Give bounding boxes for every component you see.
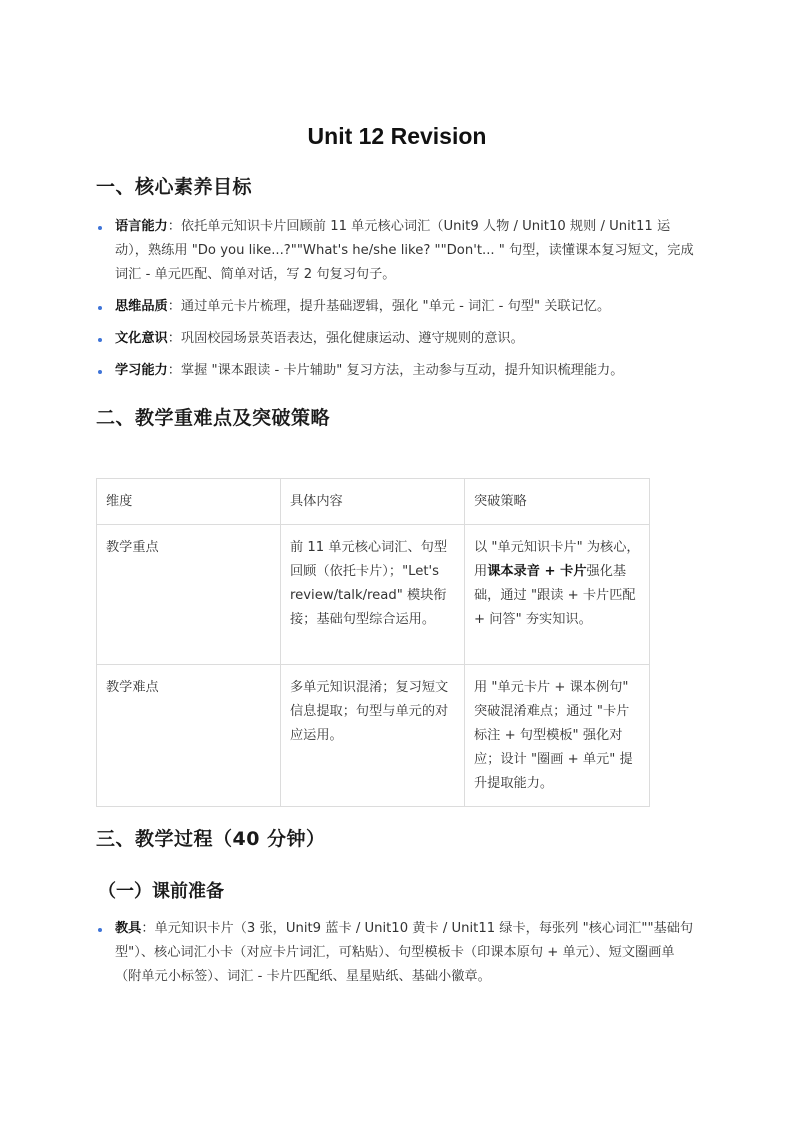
- goal-item-culture: 文化意识：巩固校园场景英语表达，强化健康运动、遵守规则的意识。: [96, 327, 696, 351]
- section-heading-process: 三、教学过程（40 分钟）: [96, 825, 326, 853]
- table-header-cell: 具体内容: [281, 479, 465, 525]
- goal-label: 学习能力: [115, 363, 168, 378]
- preparation-item-tools: 教具：单元知识卡片（3 张，Unit9 蓝卡 / Unit10 黄卡 / Uni…: [96, 917, 696, 989]
- document-title: Unit 12 Revision: [0, 120, 794, 152]
- goals-list: 语言能力：依托单元知识卡片回顾前 11 单元核心词汇（Unit9 人物 / Un…: [96, 215, 696, 391]
- bullet-icon: [98, 928, 102, 932]
- table-cell-dimension: 教学难点: [97, 665, 281, 807]
- goal-text: ：通过单元卡片梳理，提升基础逻辑，强化 "单元 - 词汇 - 句型" 关联记忆。: [168, 299, 610, 314]
- table-header-cell: 维度: [97, 479, 281, 525]
- bullet-icon: [98, 338, 102, 342]
- goal-text: ：巩固校园场景英语表达，强化健康运动、遵守规则的意识。: [168, 331, 524, 346]
- table-row: 教学难点 多单元知识混淆；复习短文信息提取；句型与单元的对应运用。 用 "单元卡…: [97, 665, 650, 807]
- goal-label: 文化意识: [115, 331, 168, 346]
- bullet-icon: [98, 370, 102, 374]
- table-cell-strategy: 用 "单元卡片 + 课本例句" 突破混淆难点；通过 "卡片标注 + 句型模板" …: [465, 665, 650, 807]
- table-cell-content: 前 11 单元核心词汇、句型回顾（依托卡片）；"Let's review/tal…: [281, 525, 465, 665]
- document-page: Unit 12 Revision 一、核心素养目标 语言能力：依托单元知识卡片回…: [0, 0, 794, 1123]
- goal-item-learning: 学习能力：掌握 "课本跟读 - 卡片辅助" 复习方法，主动参与互动，提升知识梳理…: [96, 359, 696, 383]
- preparation-list: 教具：单元知识卡片（3 张，Unit9 蓝卡 / Unit10 黄卡 / Uni…: [96, 917, 696, 997]
- bullet-icon: [98, 306, 102, 310]
- table-header-cell: 突破策略: [465, 479, 650, 525]
- subsection-heading-preparation: （一）课前准备: [98, 879, 224, 905]
- strategy-bold-text: 课本录音 + 卡片: [487, 564, 586, 579]
- goal-label: 语言能力: [115, 219, 168, 234]
- table-header-row: 维度 具体内容 突破策略: [97, 479, 650, 525]
- goal-item-language: 语言能力：依托单元知识卡片回顾前 11 单元核心词汇（Unit9 人物 / Un…: [96, 215, 696, 287]
- preparation-label: 教具: [115, 921, 141, 936]
- goal-label: 思维品质: [115, 299, 168, 314]
- table-cell-strategy: 以 "单元知识卡片" 为核心，用课本录音 + 卡片强化基础，通过 "跟读 + 卡…: [465, 525, 650, 665]
- goal-text: ：依托单元知识卡片回顾前 11 单元核心词汇（Unit9 人物 / Unit10…: [115, 219, 694, 282]
- strategy-table: 维度 具体内容 突破策略 教学重点 前 11 单元核心词汇、句型回顾（依托卡片）…: [96, 478, 650, 807]
- goal-item-thinking: 思维品质：通过单元卡片梳理，提升基础逻辑，强化 "单元 - 词汇 - 句型" 关…: [96, 295, 696, 319]
- section-heading-goals: 一、核心素养目标: [96, 173, 252, 201]
- table-cell-dimension: 教学重点: [97, 525, 281, 665]
- table-row: 教学重点 前 11 单元核心词汇、句型回顾（依托卡片）；"Let's revie…: [97, 525, 650, 665]
- goal-text: ：掌握 "课本跟读 - 卡片辅助" 复习方法，主动参与互动，提升知识梳理能力。: [168, 363, 624, 378]
- bullet-icon: [98, 226, 102, 230]
- table-cell-content: 多单元知识混淆；复习短文信息提取；句型与单元的对应运用。: [281, 665, 465, 807]
- preparation-text: ：单元知识卡片（3 张，Unit9 蓝卡 / Unit10 黄卡 / Unit1…: [115, 921, 693, 984]
- section-heading-key-points: 二、教学重难点及突破策略: [96, 404, 330, 432]
